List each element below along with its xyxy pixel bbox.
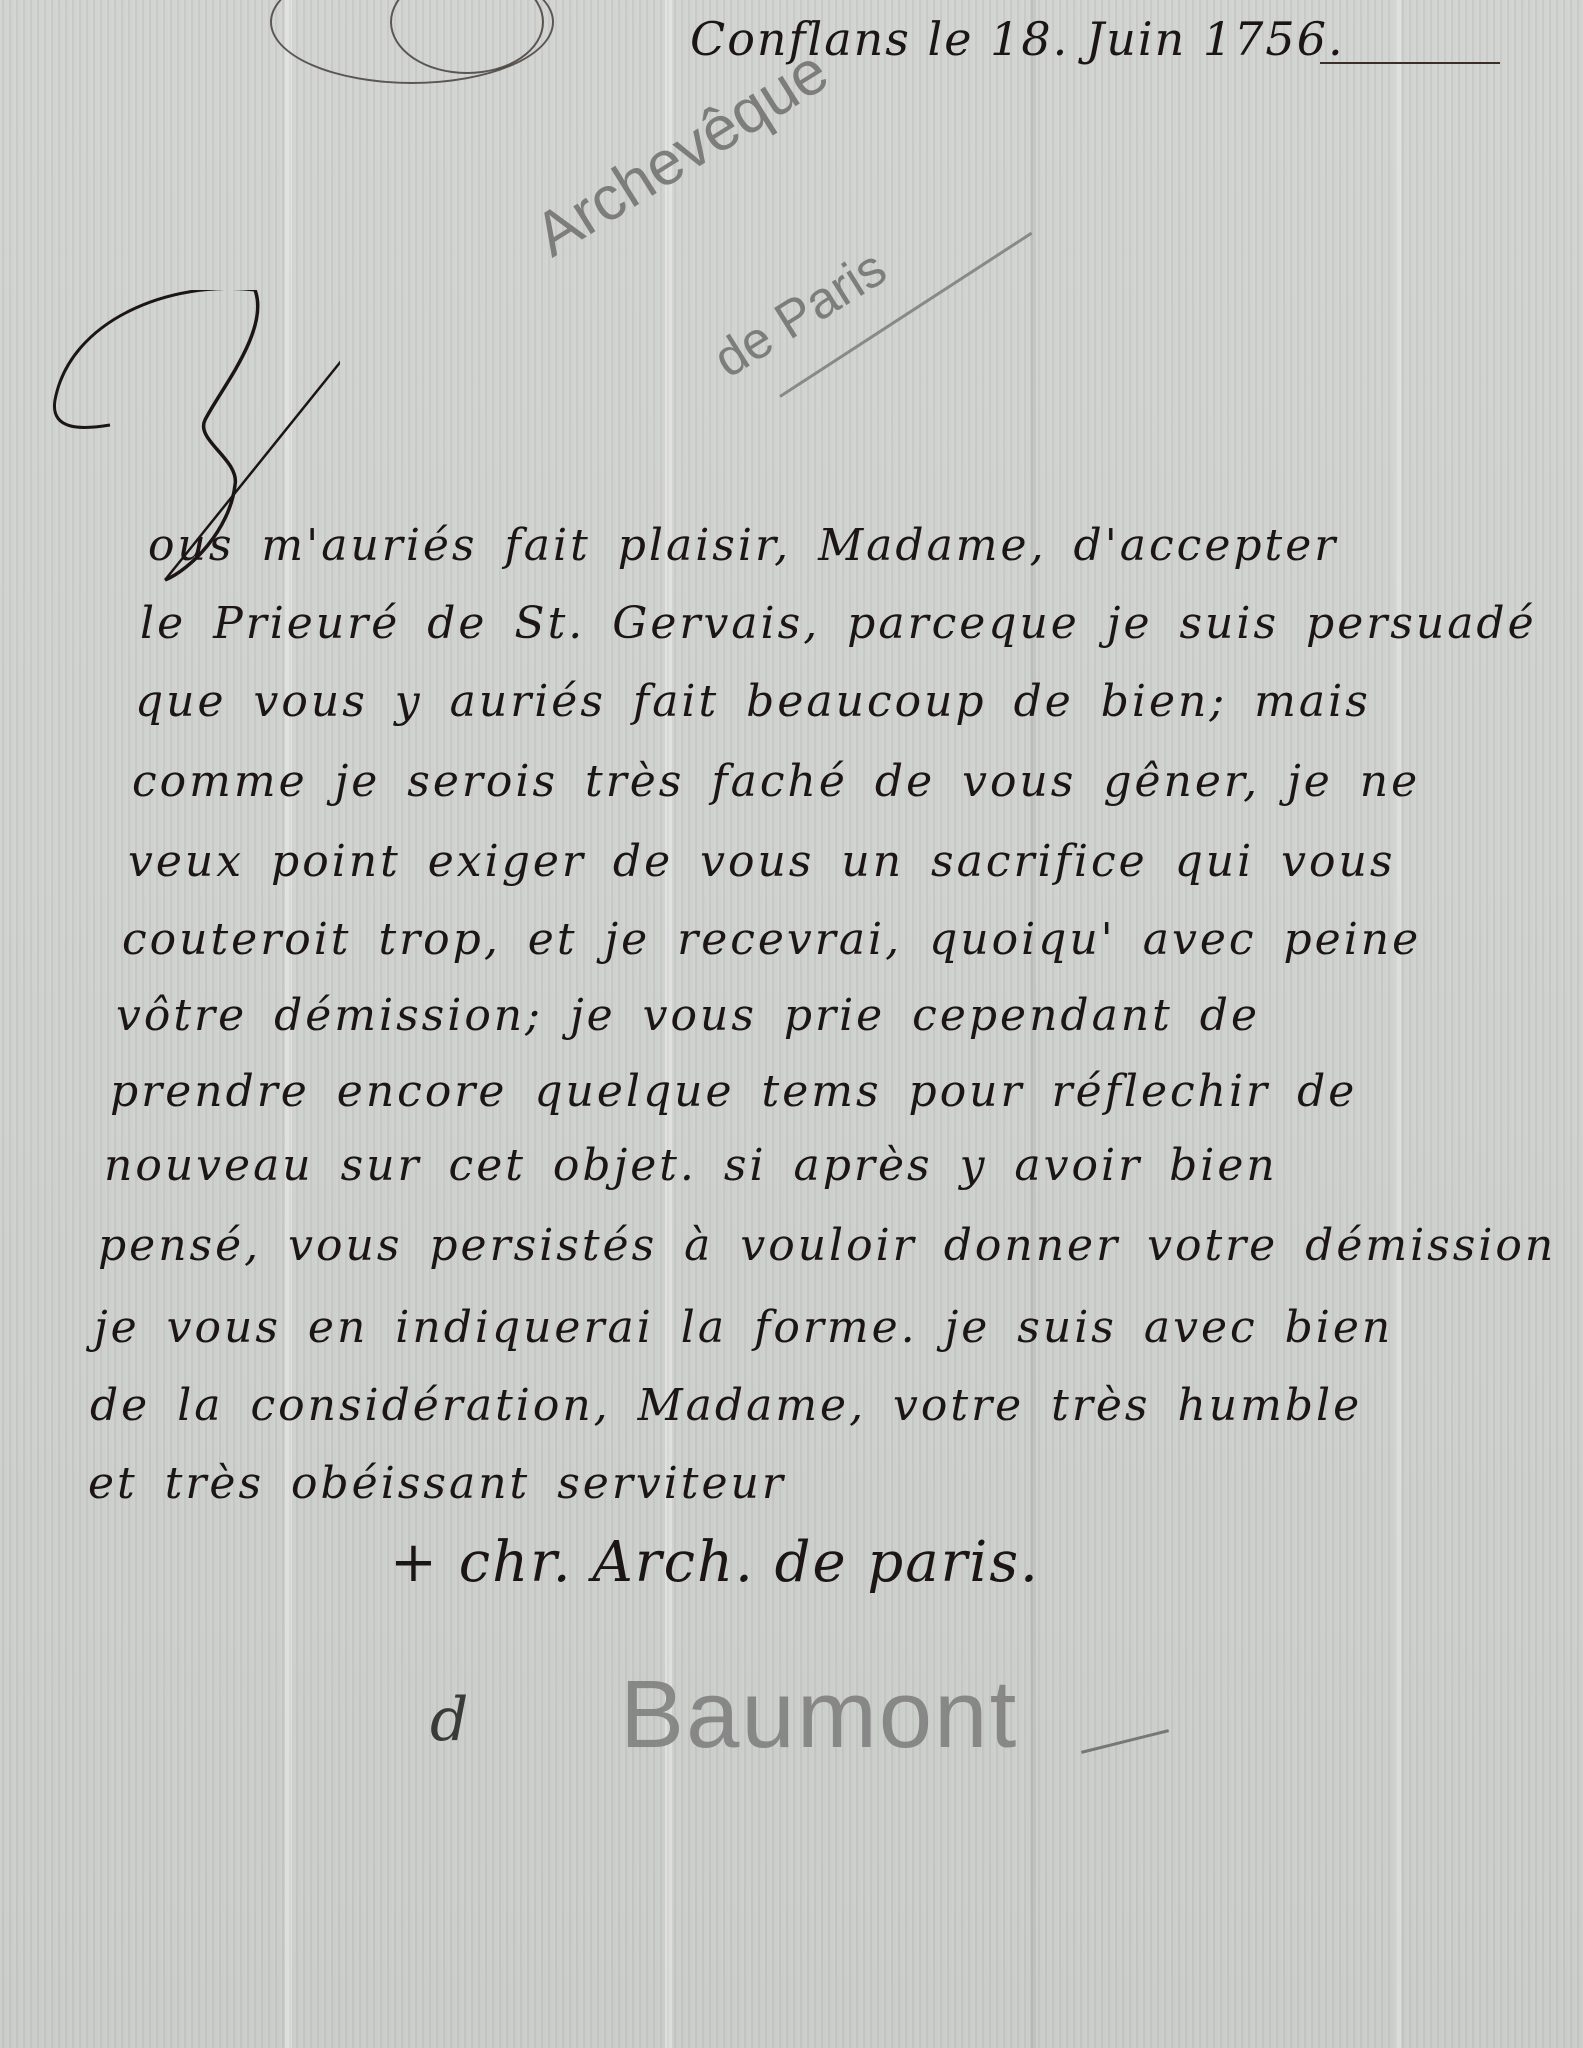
letter-line: le Prieuré de St. Gervais, parceque je s… [140,598,1537,649]
letter-line: vôtre démission; je vous prie cependant … [116,990,1260,1041]
letter-line: pensé, vous persistés à vouloir donner v… [98,1220,1556,1271]
pencil-name: Baumont [620,1660,1018,1770]
signature: + chr. Arch. de paris. [390,1530,1040,1595]
letter-line: je vous en indiquerai la forme. je suis … [94,1302,1393,1353]
letter-line: ous m'auriés fait plaisir, Madame, d'acc… [148,520,1338,571]
letter-line: couteroit trop, et je recevrai, quoiqu' … [122,914,1421,965]
letter-line: de la considération, Madame, votre très … [90,1380,1362,1431]
letter-line: prendre encore quelque tems pour réflech… [110,1066,1357,1117]
letter-line: et très obéissant serviteur [88,1458,786,1509]
pencil-mark: d [430,1685,468,1755]
letter-line: veux point exiger de vous un sacrifice q… [128,836,1395,887]
letter-line: comme je serois très faché de vous gêner… [132,756,1420,807]
date-underline [1320,62,1500,64]
letter-line: que vous y auriés fait beaucoup de bien;… [135,676,1371,727]
letter-line: nouveau sur cet objet. si après y avoir … [104,1140,1278,1191]
